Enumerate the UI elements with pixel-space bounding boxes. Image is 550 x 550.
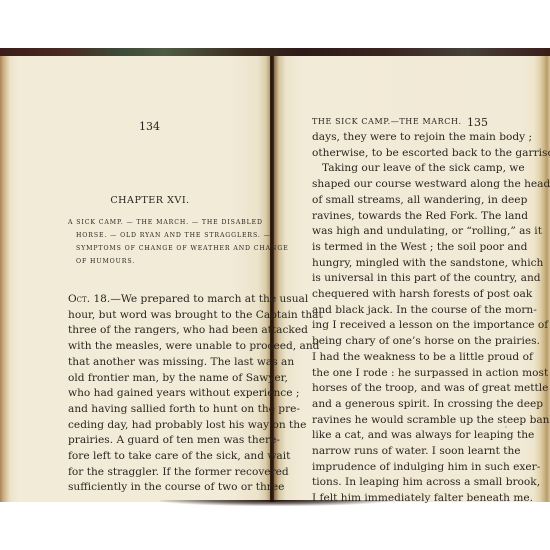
body-line: chequered with harsh forests of post oak [312,287,490,303]
body-line: narrow runs of water. I soon learnt the [312,444,490,460]
body-line: tions. In leaping him across a small bro… [312,475,490,491]
body-line: being chary of one’s horse on the prairi… [312,334,490,350]
running-head: THE SICK CAMP.—THE MARCH. [312,117,462,126]
body-line: days, they were to rejoin the main body … [312,130,490,146]
page-number-right: 135 [467,116,488,129]
body-line: who had gained years without experience … [68,386,246,402]
body-line: I felt him immediately falter beneath me… [312,491,490,507]
synopsis-line: HORSE. — OLD RYAN AND THE STRAGGLERS. — [68,229,246,242]
body-line: the one I rode : he surpassed in action … [312,366,490,382]
body-line: three of the rangers, who had been attac… [68,323,246,339]
chapter-synopsis: A SICK CAMP. — THE MARCH. — THE DISABLED… [68,216,246,268]
body-line: old frontier man, by the name of Sawyer, [68,371,246,387]
chapter-title: CHAPTER XVI. [90,195,210,206]
paper-speck [482,433,484,435]
body-line: of small streams, all wandering, in deep [312,193,490,209]
body-line: ravines he would scramble up the steep b… [312,413,490,429]
body-line: hungry, mingled with the sandstone, whic… [312,256,490,272]
body-line: that another was missing. The last was a… [68,355,246,371]
body-line: and a generous spirit. In crossing the d… [312,397,490,413]
body-line: otherwise, to be escorted back to the ga… [312,146,490,162]
body-line: imprudence of indulging him in such exer… [312,460,490,476]
left-page-body-text: Oct. 18.—We prepared to march at the usu… [68,292,246,496]
body-line: horses of the troop, and was of great me… [312,381,490,397]
synopsis-line: A SICK CAMP. — THE MARCH. — THE DISABLED [68,216,246,229]
body-line: prairies. A guard of ten men was there- [68,433,246,449]
body-line: shaped our course westward along the hea… [312,177,490,193]
body-line: Taking our leave of the sick camp, we [312,161,490,177]
body-line: like a cat, and was always for leaping t… [312,428,490,444]
body-line: was high and undulating, or “rolling,” a… [312,224,490,240]
body-line: Oct. 18.—We prepared to march at the usu… [68,292,246,308]
body-line: ing I received a lesson on the importanc… [312,318,490,334]
body-line: with the measles, were unable to proceed… [68,339,246,355]
paper-speck [505,426,507,428]
body-line: sufficiently in the course of two or thr… [68,480,246,496]
open-book: 134 CHAPTER XVI. A SICK CAMP. — THE MARC… [0,48,550,506]
body-line: ceding day, had probably lost his way on… [68,418,246,434]
body-line: is universal in this part of the country… [312,271,490,287]
body-line: I had the weakness to be a little proud … [312,350,490,366]
date-lead: Oct. 18. [68,293,110,305]
body-line: for the straggler. If the former recover… [68,465,246,481]
right-page-body-text: days, they were to rejoin the main body … [312,130,490,507]
body-line: ravines, towards the Red Fork. The land [312,209,490,225]
body-line: and having sallied forth to hunt on the … [68,402,246,418]
book-cover-top-edge [0,48,550,56]
synopsis-line: SYMPTOMS OF CHANGE OF WEATHER AND CHANGE [68,242,246,255]
body-line: and black jack. In the course of the mor… [312,303,490,319]
body-line: fore left to take care of the sick, and … [68,449,246,465]
body-line: hour, but word was brought to the Captai… [68,308,246,324]
synopsis-line: OF HUMOURS. [68,255,246,268]
paper-speck [146,248,148,250]
page-number-left: 134 [139,120,160,133]
body-line: is termed in the West ; the soil poor an… [312,240,490,256]
